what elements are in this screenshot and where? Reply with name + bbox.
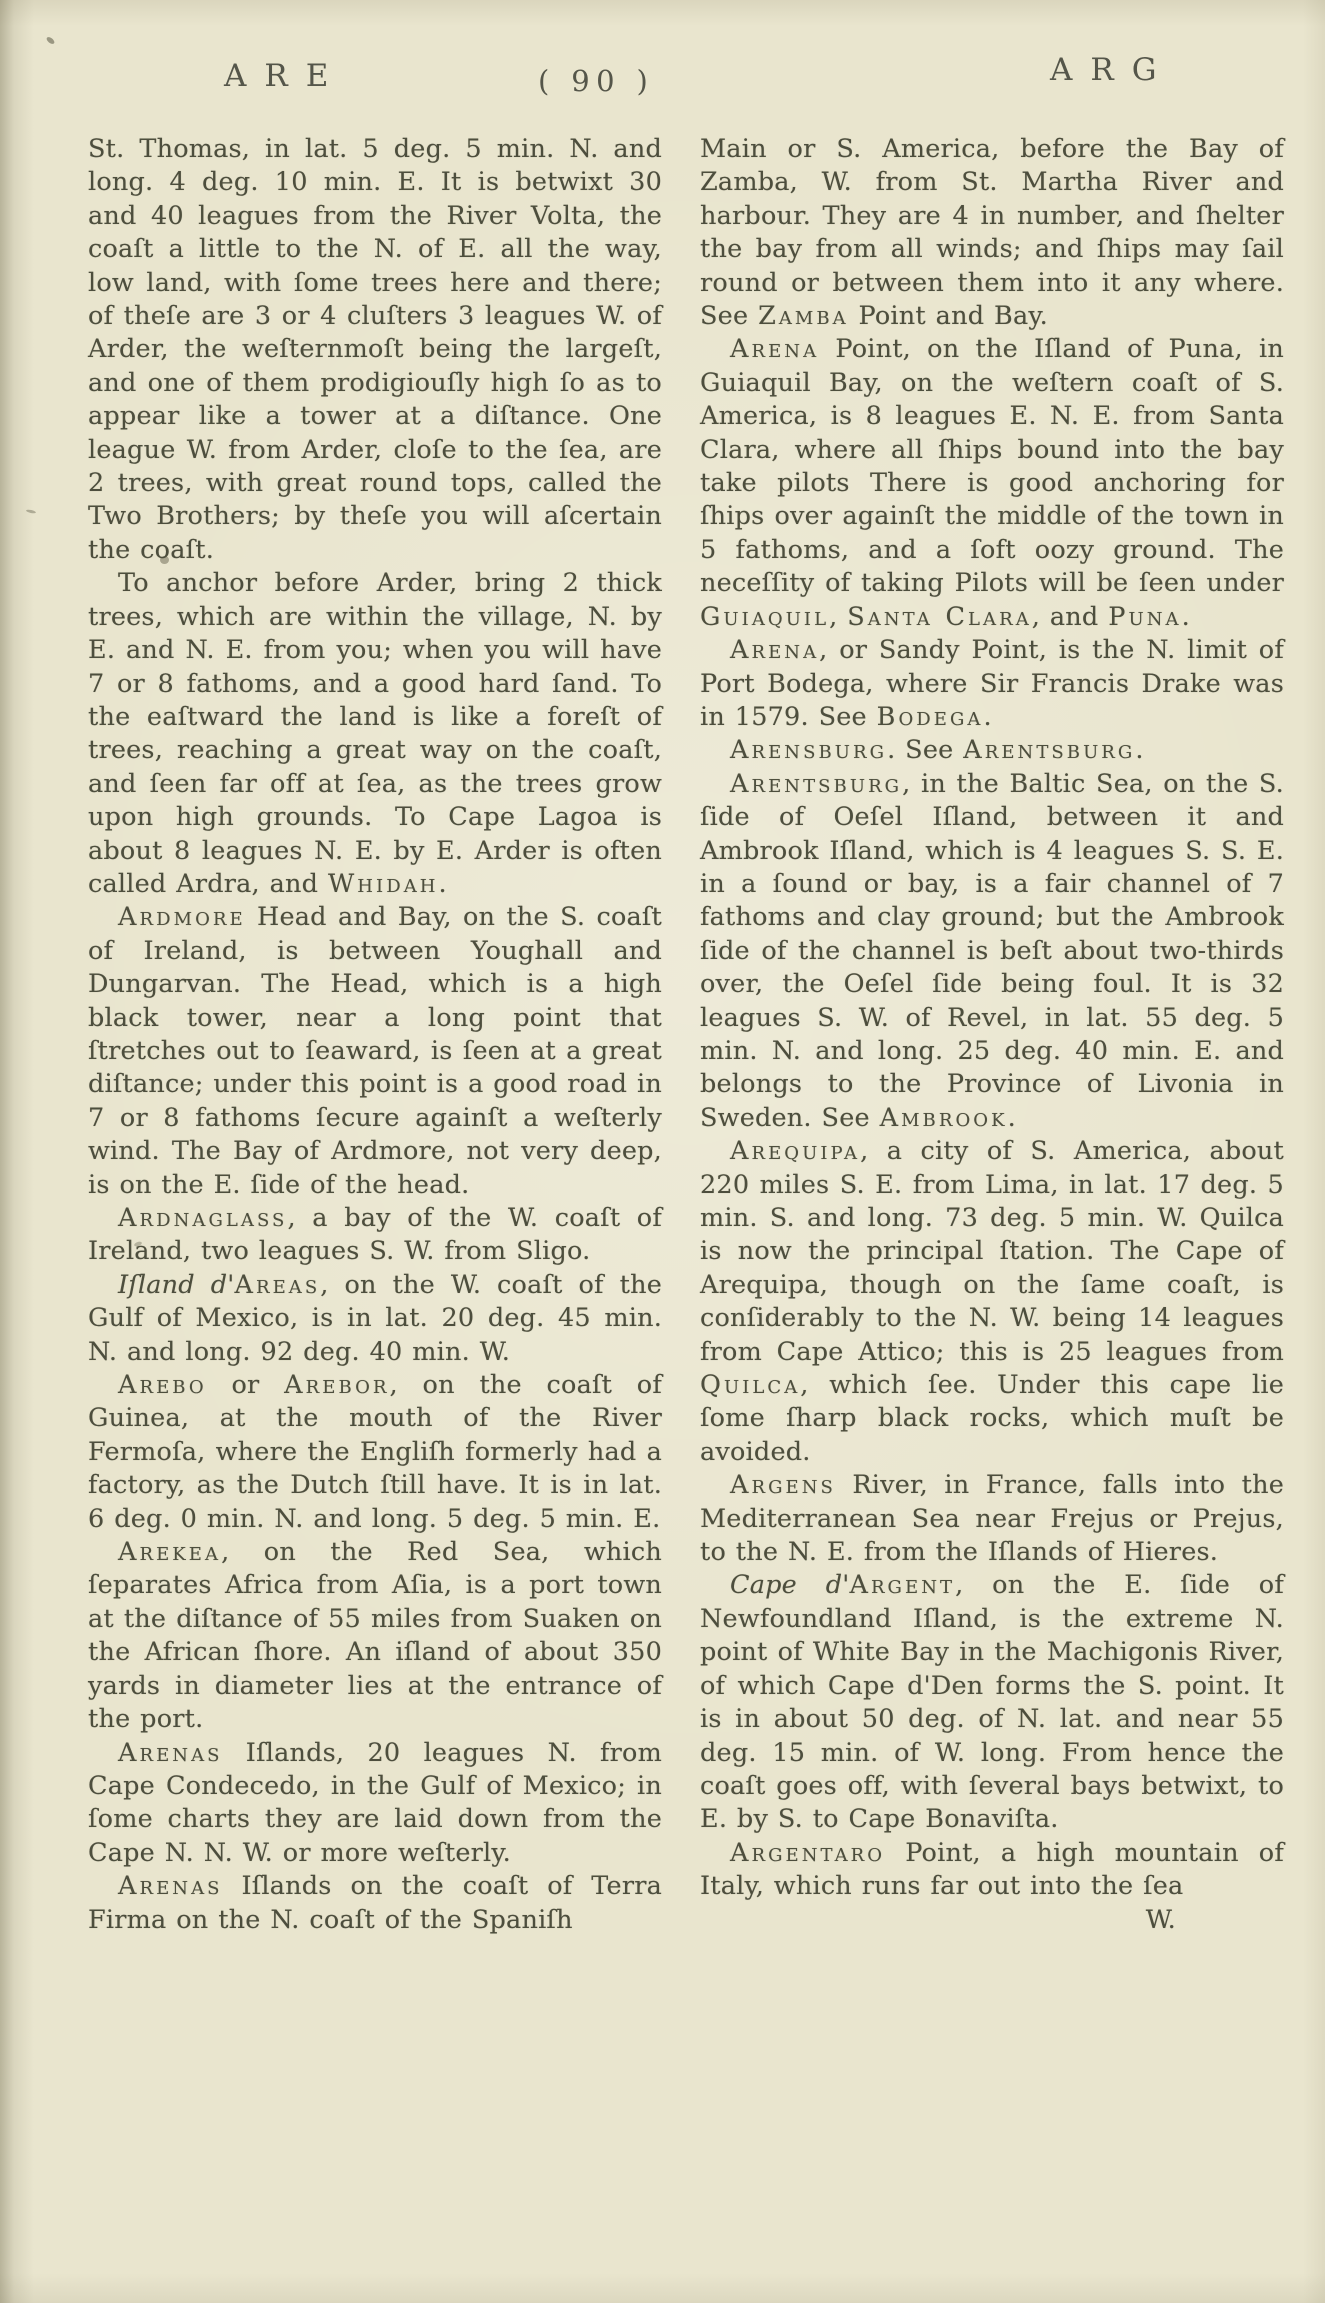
entry-paragraph: Argentaro Point, a high mountain of Ital…	[700, 1837, 1284, 1904]
catchword: W.	[700, 1904, 1284, 1937]
entry-paragraph: St. Thomas, in lat. 5 deg. 5 min. N. and…	[88, 133, 662, 567]
entry-paragraph: Argens River, in France, falls into the …	[700, 1469, 1284, 1569]
entry-paragraph: Arebo or Arebor, on the coaſt of Guinea,…	[88, 1369, 662, 1536]
text-column-right: Main or S. America, before the Bay of Za…	[700, 133, 1284, 1937]
entry-headword: Arebo	[118, 1370, 207, 1400]
entry-text: St. Thomas, in lat. 5 deg. 5 min. N. and…	[88, 134, 662, 565]
entry-headword: Arenas	[118, 1738, 223, 1768]
entry-text: , a city of S. America, about 220 miles …	[700, 1136, 1284, 1366]
entry-headword: Ardmore	[118, 902, 246, 932]
entry-headword: Arekea	[118, 1537, 221, 1567]
entry-headword: Santa Clara	[847, 602, 1032, 632]
entry-headword: Ardnaglass	[118, 1203, 287, 1233]
entry-headword: Arequipa	[730, 1136, 860, 1166]
entry-headword: Bodega	[877, 702, 984, 732]
entry-text: . See	[887, 735, 963, 765]
entry-headword: Whidah	[328, 869, 439, 899]
entry-paragraph: Cape d'Argent, on the E. ſide of Newfoun…	[700, 1569, 1284, 1836]
entry-paragraph: Ardmore Head and Bay, on the S. coaſt of…	[88, 901, 662, 1202]
entry-headword: Argentaro	[730, 1838, 885, 1868]
entry-text: , and	[1032, 602, 1108, 632]
entry-headword: Guiaquil	[700, 602, 829, 632]
entry-text: Point, on the Iſland of Puna, in Guiaqui…	[700, 334, 1284, 598]
entry-headword: Areas	[234, 1270, 320, 1300]
entry-paragraph: Arequipa, a city of S. America, about 22…	[700, 1135, 1284, 1469]
entry-text: Head and Bay, on the S. coaſt of Ireland…	[88, 902, 662, 1199]
paper-speck	[26, 509, 36, 514]
entry-paragraph: Iſland d'Areas, on the W. coaſt of the G…	[88, 1269, 662, 1369]
entry-paragraph: Arena Point, on the Iſland of Puna, in G…	[700, 333, 1284, 634]
entry-text: Iſland d'	[118, 1270, 234, 1300]
entry-headword: Arena	[730, 635, 819, 665]
entry-paragraph: Arena, or Sandy Point, is the N. limit o…	[700, 634, 1284, 734]
entry-paragraph: Arekea, on the Red Sea, which ſeparates …	[88, 1536, 662, 1736]
guide-word-right: ARG	[1050, 52, 1174, 88]
entry-text: , on the E. ſide of Newfoundland Iſland,…	[700, 1570, 1284, 1834]
book-page-scan: ARE ( 90 ) ARG St. Thomas, in lat. 5 deg…	[0, 0, 1325, 2303]
page-number: ( 90 )	[538, 64, 654, 98]
entry-headword: Zamba	[758, 301, 849, 331]
entry-headword: Arentsburg	[963, 735, 1135, 765]
entry-text: ,	[829, 602, 847, 632]
guide-word-left: ARE	[224, 58, 346, 94]
entry-text: or	[207, 1370, 284, 1400]
entry-paragraph: To anchor before Arder, bring 2 thick tr…	[88, 567, 662, 901]
entry-headword: Arebor	[284, 1370, 389, 1400]
entry-headword: Puna	[1108, 602, 1181, 632]
entry-headword: Arensburg	[730, 735, 887, 765]
entry-text: .	[1135, 735, 1143, 765]
text-column-left: St. Thomas, in lat. 5 deg. 5 min. N. and…	[88, 133, 662, 1937]
entry-text: Cape d'	[730, 1570, 849, 1600]
entry-headword: Arentsburg	[730, 769, 902, 799]
entry-headword: Quilca	[700, 1370, 800, 1400]
entry-paragraph: Arensburg. See Arentsburg.	[700, 734, 1284, 767]
entry-paragraph: Arenas Iſlands, 20 leagues N. from Cape …	[88, 1737, 662, 1871]
entry-headword: Argens	[730, 1470, 836, 1500]
entry-text: To anchor before Arder, bring 2 thick tr…	[88, 568, 662, 899]
entry-text: Point and Bay.	[849, 301, 1048, 331]
entry-paragraph: Arenas Iſlands on the coaſt of Terra Fir…	[88, 1870, 662, 1937]
entry-headword: Argent	[849, 1570, 955, 1600]
page-header: ARE ( 90 ) ARG	[0, 0, 1325, 120]
entry-paragraph: Ardnaglass, a bay of the W. coaſt of Ire…	[88, 1202, 662, 1269]
entry-headword: Arena	[730, 334, 819, 364]
entry-headword: Arenas	[118, 1871, 223, 1901]
entry-text: .	[1182, 602, 1190, 632]
entry-paragraph: Arentsburg, in the Baltic Sea, on the S.…	[700, 768, 1284, 1135]
entry-headword: Ambrook	[880, 1103, 1008, 1133]
entry-paragraph: Main or S. America, before the Bay of Za…	[700, 133, 1284, 333]
entry-text: , in the Baltic Sea, on the S. ſide of O…	[700, 769, 1284, 1133]
entry-text: .	[1008, 1103, 1016, 1133]
entry-text: .	[983, 702, 991, 732]
entry-text: .	[439, 869, 447, 899]
